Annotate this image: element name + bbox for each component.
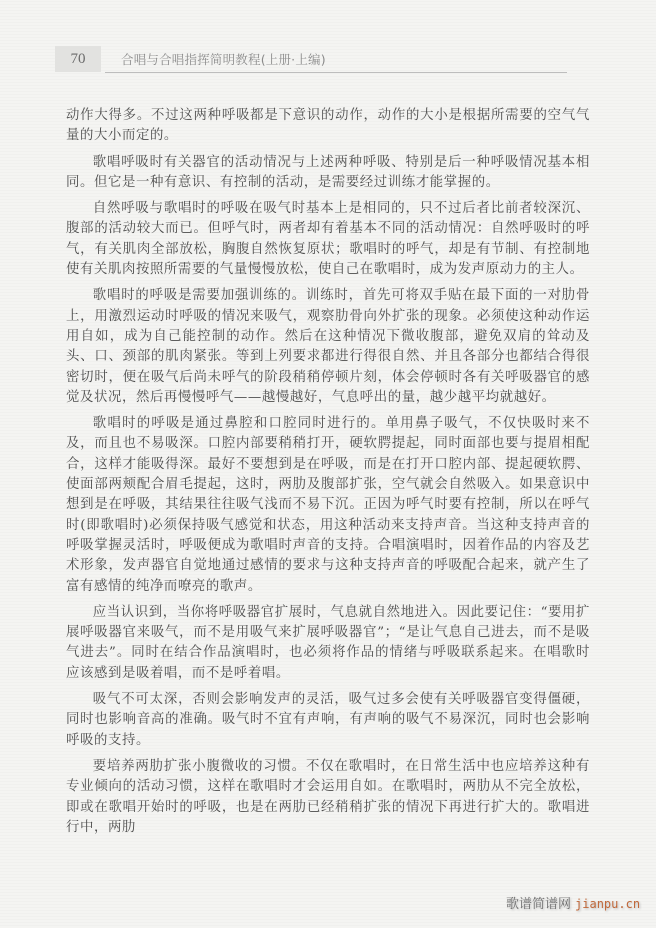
paragraph: 歌唱呼吸时有关器官的活动情况与上述两种呼吸、特别是后一种呼吸情况基本相同。但它是… (66, 153, 590, 194)
running-title: 合唱与合唱指挥简明教程(上册·上编) (121, 50, 326, 68)
body-text: 动作大得多。不过这两种呼吸都是下意识的动作，动作的大小是根据所需要的空气气量的大… (66, 106, 590, 838)
paragraph: 歌唱时的呼吸是需要加强训练的。训练时，首先可将双手贴在最下面的一对肋骨上，用激烈… (66, 286, 590, 408)
paragraph: 吸气不可太深，否则会影响发声的灵活，吸气过多会使有关呼吸器官变得僵硬，同时也影响… (66, 690, 590, 751)
watermark-latin: jianpu.cn (575, 897, 640, 911)
page-number: 70 (55, 46, 101, 72)
paragraph: 应当认识到，当你将呼吸器官扩展时，气息就自然地进入。因此要记住：“要用扩展呼吸器… (66, 603, 590, 684)
paragraph: 要培养两肋扩张小腹微收的习惯。不仅在歌唱时，在日常生活中也应培养这种有专业倾向的… (66, 757, 590, 838)
paragraph: 动作大得多。不过这两种呼吸都是下意识的动作，动作的大小是根据所需要的空气气量的大… (66, 106, 590, 147)
paragraph: 歌唱时的呼吸是通过鼻腔和口腔同时进行的。单用鼻子吸气，不仅快吸时来不及，而且也不… (66, 414, 590, 597)
site-watermark: 歌谱简谱网jianpu.cn (506, 893, 640, 912)
page-header: 70 合唱与合唱指挥简明教程(上册·上编) (55, 46, 567, 74)
paragraph: 自然呼吸与歌唱时的呼吸在吸气时基本上是相同的，只不过后者比前者较深沉、腹部的活动… (66, 199, 590, 280)
watermark-chinese: 歌谱简谱网 (506, 897, 571, 912)
header-divider (105, 72, 567, 73)
document-page: 70 合唱与合唱指挥简明教程(上册·上编) 动作大得多。不过这两种呼吸都是下意识… (0, 0, 656, 928)
